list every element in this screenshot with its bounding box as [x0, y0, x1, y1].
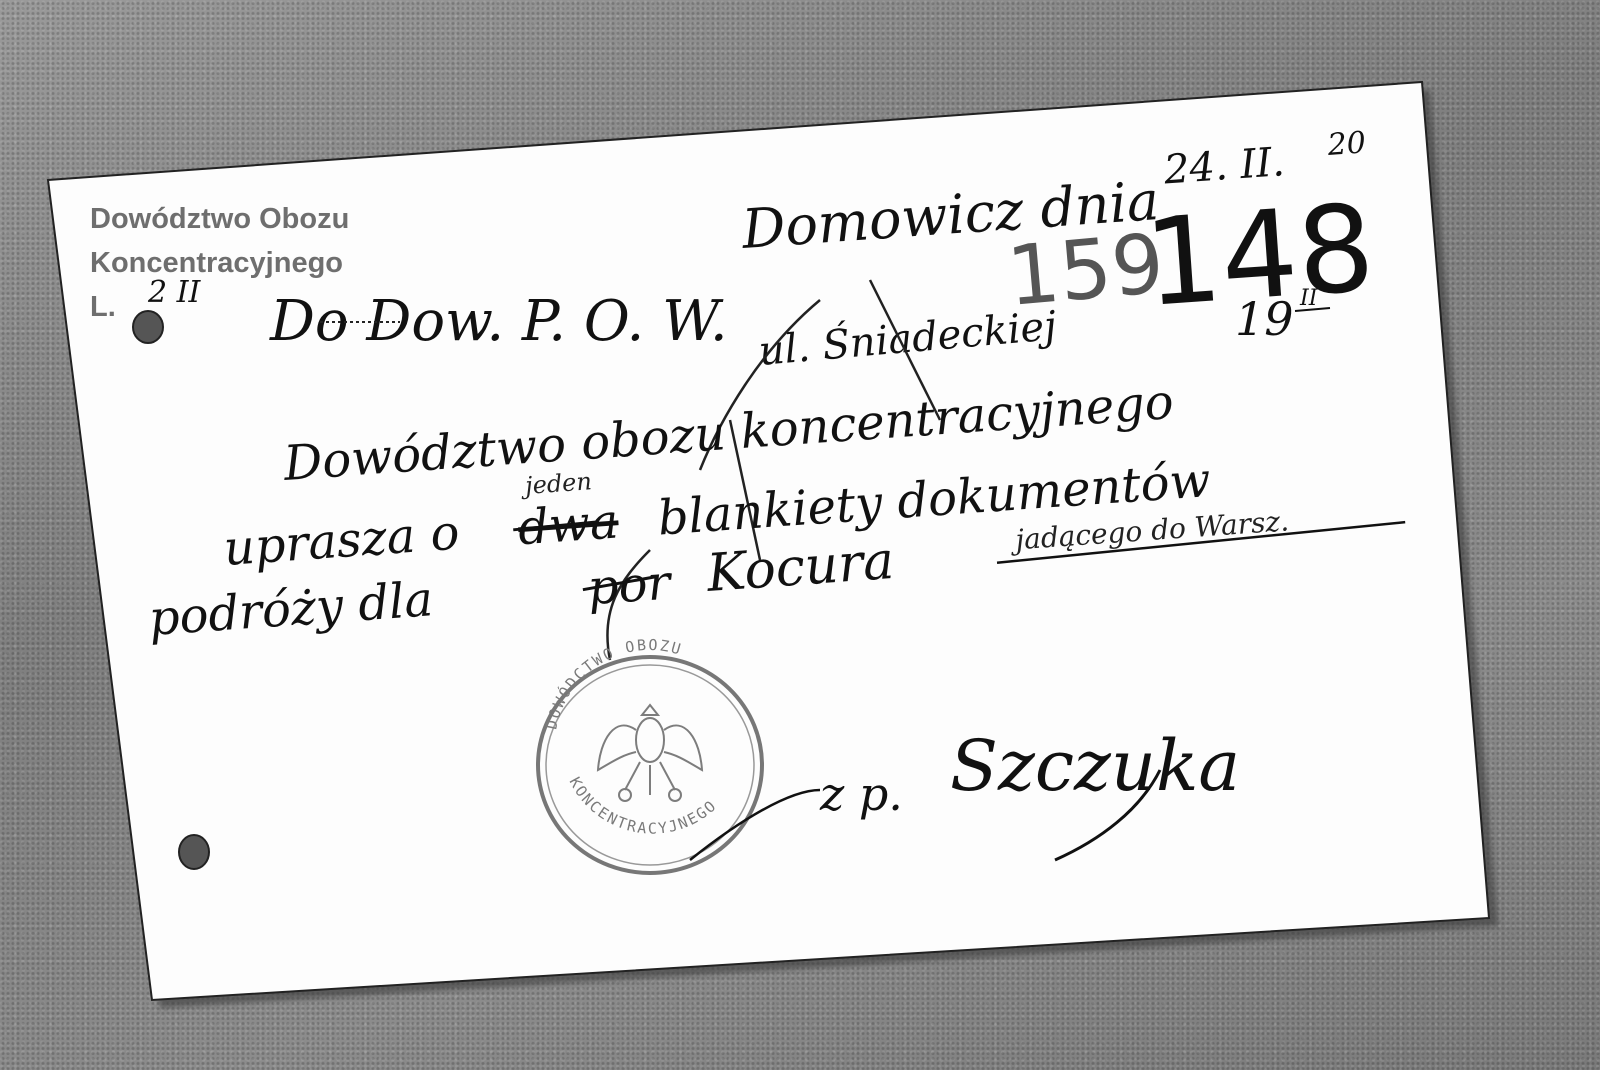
addressee-house-number: 19 — [1235, 292, 1294, 346]
body-line2-insert: jeden — [519, 467, 592, 500]
date-day-month: 24. II. — [1161, 139, 1286, 193]
date-year: 20 — [1325, 125, 1367, 163]
letterhead-line1: Dowództwo Obozu — [90, 203, 349, 235]
punch-hole-top — [133, 311, 163, 343]
document-sheet: Dowództwo Obozu Koncentracyjnego L. 2 II… — [0, 0, 1600, 1070]
signature-name: Szczuka — [950, 725, 1240, 807]
letterhead-ref-number: 2 II — [147, 275, 201, 310]
punch-hole-bottom — [179, 835, 209, 869]
addressee-line: Do Dow. P. O. W. — [269, 289, 728, 354]
letterhead-line2: Koncentracyjnego — [90, 247, 343, 279]
addressee-superscript: II — [1299, 286, 1319, 311]
letterhead-ref-label: L. — [90, 291, 116, 323]
signature-prefix: z p. — [819, 767, 903, 821]
